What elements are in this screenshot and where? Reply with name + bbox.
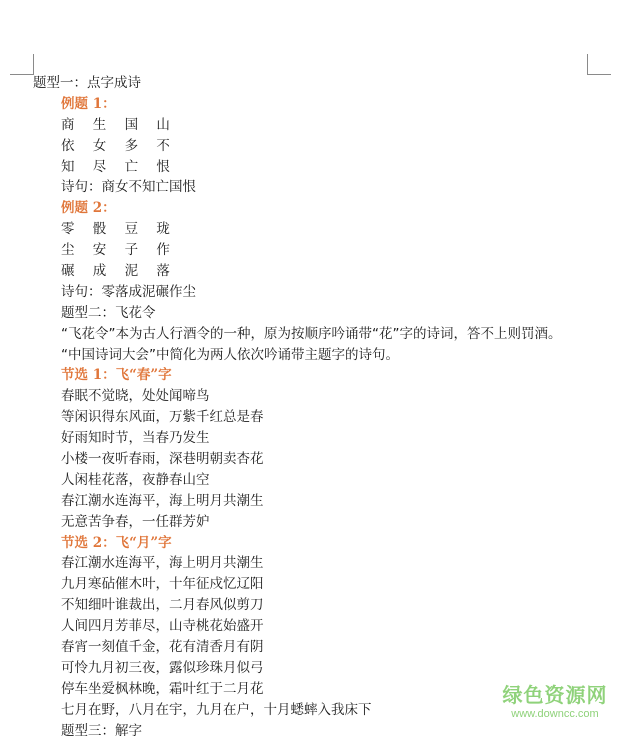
char-grid-row: 商 生 国 山 [33, 115, 603, 136]
poem-line: 春宵一刻值千金，花有清香月有阴 [33, 637, 603, 658]
example-heading: 例题 1： [33, 94, 603, 115]
example-heading: 例题 2： [33, 198, 603, 219]
section-title: 题型一：点字成诗 [33, 73, 603, 94]
char-grid-row: 碾 成 泥 落 [33, 261, 603, 282]
char-grid-row: 零 骰 豆 珑 [33, 219, 603, 240]
char-grid-row: 尘 安 子 作 [33, 240, 603, 261]
poem-line: 春眠不觉晓，处处闻啼鸟 [33, 386, 603, 407]
watermark: 绿色资源网 www.downcc.com [490, 683, 620, 721]
answer-line: 诗句：商女不知亡国恨 [33, 177, 603, 198]
selection-heading: 节选 2：飞“月”字 [33, 533, 603, 554]
answer-line: 诗句：零落成泥碾作尘 [33, 282, 603, 303]
poem-line: 春江潮水连海平，海上明月共潮生 [33, 491, 603, 512]
intro-paragraph: “飞花令”本为古人行酒令的一种，原为按顺序吟诵带“花”字的诗词，答不上则罚酒。 [33, 324, 603, 345]
watermark-name: 绿色资源网 [490, 683, 620, 707]
poem-line: 九月寒砧催木叶，十年征戍忆辽阳 [33, 574, 603, 595]
document-body: 题型一：点字成诗 例题 1： 商 生 国 山 依 女 多 不 知 尽 亡 恨 诗… [33, 73, 603, 736]
char-grid-row: 知 尽 亡 恨 [33, 157, 603, 178]
poem-line: 小楼一夜听春雨，深巷明朝卖杏花 [33, 449, 603, 470]
page-corner-mark-right [587, 54, 611, 75]
poem-line: 好雨知时节，当春乃发生 [33, 428, 603, 449]
section-title: 题型二：飞花令 [33, 303, 603, 324]
poem-line: 不知细叶谁裁出，二月春风似剪刀 [33, 595, 603, 616]
poem-line: 可怜九月初三夜，露似珍珠月似弓 [33, 658, 603, 679]
page-corner-mark-left [10, 54, 34, 75]
poem-line: 等闲识得东风面，万紫千红总是春 [33, 407, 603, 428]
char-grid-row: 依 女 多 不 [33, 136, 603, 157]
selection-heading: 节选 1：飞“春”字 [33, 365, 603, 386]
watermark-url: www.downcc.com [490, 707, 620, 721]
poem-line: 无意苦争春，一任群芳妒 [33, 512, 603, 533]
poem-line: 人间四月芳菲尽，山寺桃花始盛开 [33, 616, 603, 637]
poem-line: 人闲桂花落，夜静春山空 [33, 470, 603, 491]
poem-line: 春江潮水连海平，海上明月共潮生 [33, 553, 603, 574]
section-title: 题型三：解字 [33, 721, 603, 736]
intro-paragraph: “中国诗词大会”中简化为两人依次吟诵带主题字的诗句。 [33, 345, 603, 366]
